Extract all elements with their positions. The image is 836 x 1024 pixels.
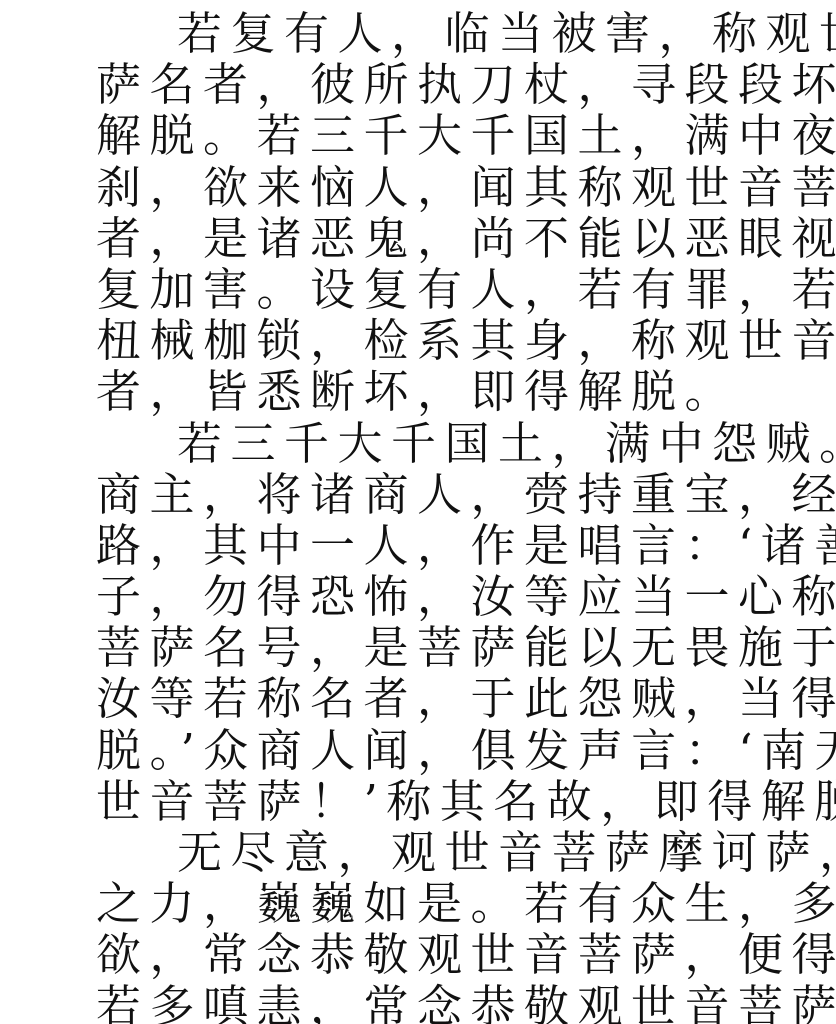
paragraph-3-line-4: 若多嗔恚，常念恭敬观世音菩萨，便得 (96, 981, 756, 1024)
paragraph-1-line-2: 萨名者，彼所执刀杖，寻段段坏，而得 (96, 59, 756, 110)
paragraph-3-line-3: 欲，常念恭敬观世音菩萨，便得离欲。 (96, 929, 756, 980)
paragraph-2-line-7: 脱。’众商人闻，俱发声言：‘南无观 (96, 725, 756, 776)
paragraph-1-line-4: 刹，欲来恼人，闻其称观世音菩萨名 (96, 162, 756, 213)
paragraph-2-line-6: 汝等若称名者，于此怨贼，当得解 (96, 673, 756, 724)
document-page: 若复有人，临当被害，称观世音菩 萨名者，彼所执刀杖，寻段段坏，而得 解脱。若三千… (96, 8, 756, 1024)
paragraph-2-line-1: 若三千大千国土，满中怨贼。有一 (96, 418, 756, 469)
paragraph-1-line-7: 杻械枷锁，检系其身，称观世音菩萨名 (96, 315, 756, 366)
paragraph-1-line-1: 若复有人，临当被害，称观世音菩 (96, 8, 756, 59)
paragraph-2-line-3: 路，其中一人，作是唱言：‘诸善男 (96, 520, 756, 571)
paragraph-2-line-4: 子，勿得恐怖，汝等应当一心称观世音 (96, 571, 756, 622)
paragraph-1-line-8: 者，皆悉断坏，即得解脱。 (96, 366, 756, 417)
paragraph-3-line-1: 无尽意，观世音菩萨摩诃萨，威神 (96, 827, 756, 878)
paragraph-2-line-2: 商主，将诸商人，赍持重宝，经过险 (96, 469, 756, 520)
paragraph-2-line-8: 世音菩萨！’称其名故，即得解脱。 (96, 776, 756, 827)
paragraph-3-line-2: 之力，巍巍如是。若有众生，多于淫 (96, 878, 756, 929)
paragraph-2-line-5: 菩萨名号，是菩萨能以无畏施于众生。 (96, 622, 756, 673)
paragraph-1-line-5: 者，是诸恶鬼，尚不能以恶眼视之，况 (96, 213, 756, 264)
paragraph-1-line-6: 复加害。设复有人，若有罪，若无罪， (96, 264, 756, 315)
paragraph-1-line-3: 解脱。若三千大千国土，满中夜叉、罗 (96, 110, 756, 161)
